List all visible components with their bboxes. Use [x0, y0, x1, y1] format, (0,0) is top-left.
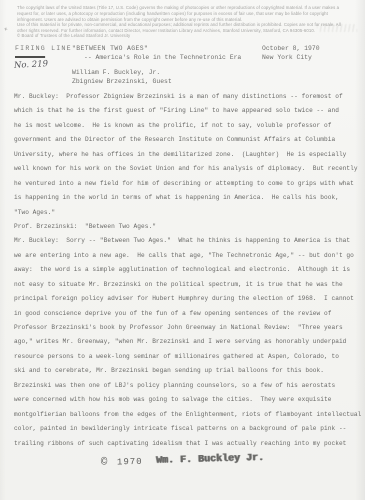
transcript-line: Mr. Buckley: Sorry -- "Between Two Ages.…: [14, 234, 356, 248]
transcript-line: montgolfierian balloons from the edges o…: [14, 408, 356, 422]
transcript-line: we are entering into a new age. He calls…: [14, 249, 356, 263]
transcript-line: not easy to situate Mr. Brzezinski on th…: [14, 278, 356, 292]
guest-name: Zbigniew Brzezinski, Guest: [72, 78, 172, 85]
transcript-line: Mr. Buckley: Professor Zbigniew Brzezins…: [14, 90, 356, 104]
transcript-line: is happening in the world in terms of wh…: [14, 191, 356, 205]
transcript-line: ago," writes Mr. Greenway, "when Mr. Brz…: [14, 335, 356, 349]
transcript-line: color, painted in bewilderingly intricat…: [14, 422, 356, 436]
broadcast-location: New York City: [262, 54, 312, 61]
episode-title: "BETWEEN TWO AGES": [72, 45, 148, 52]
transcript-line: principal foreign policy adviser for Hub…: [14, 292, 356, 306]
transcript-line: Prof. Brzezinski: "Between Two Ages.": [14, 220, 356, 234]
copyright-stamp: © 1970 Wm. F. Buckley Jr.: [0, 447, 365, 475]
transcript-line: Professor Brzezinski's book by Professor…: [14, 321, 356, 335]
transcript-line: he is most welcome. He is known as the p…: [14, 119, 356, 133]
copyright-symbol-icon: ©: [101, 457, 108, 469]
transcript-line: well known for his work on the Soviet Un…: [14, 162, 356, 176]
transcript-body: Mr. Buckley: Professor Zbigniew Brzezins…: [14, 90, 356, 451]
transcript-line: away: the word is a simple agglutination…: [14, 263, 356, 277]
stamp-name: Wm. F. Buckley Jr.: [156, 453, 264, 467]
host-name: William F. Buckley, Jr.: [72, 69, 160, 76]
handwritten-episode-number: No. 219: [14, 59, 49, 71]
archive-copyright-notice-line3: © Board of Trustees of the Leland Stanfo…: [17, 33, 351, 39]
transcript-line: "Two Ages.": [14, 206, 356, 220]
program-title: FIRING LINE: [15, 45, 72, 52]
transcript-line: he ventured into a new field for him of …: [14, 177, 356, 191]
transcript-line: in good conscience deprive you of the fu…: [14, 307, 356, 321]
transcript-line: were concerned with how his mob was goin…: [14, 393, 356, 407]
broadcast-date: October 8, 1970: [262, 45, 320, 52]
transcript-line: Brzezinski was then one of LBJ's policy …: [14, 379, 356, 393]
archive-copyright-notice-line1: The copyright laws of the United States …: [17, 5, 351, 23]
episode-subtitle: -- America's Role in the Technetronic Er…: [84, 54, 241, 61]
pencil-margin-mark: +: [4, 27, 8, 33]
stamp-year: 1970: [117, 457, 143, 468]
scan-smudge: [317, 24, 357, 32]
transcript-line: government and the Director of the Resea…: [14, 133, 356, 147]
transcript-line: University, where he has offices in the …: [14, 148, 356, 162]
transcript-line: ski and to cerebrate, Mr. Brzezinski beg…: [14, 364, 356, 378]
scanned-transcript-page: The copyright laws of the United States …: [0, 0, 365, 500]
transcript-line: resource persons to a week-long seminar …: [14, 350, 356, 364]
transcript-line: which is that he is the first guest of "…: [14, 104, 356, 118]
